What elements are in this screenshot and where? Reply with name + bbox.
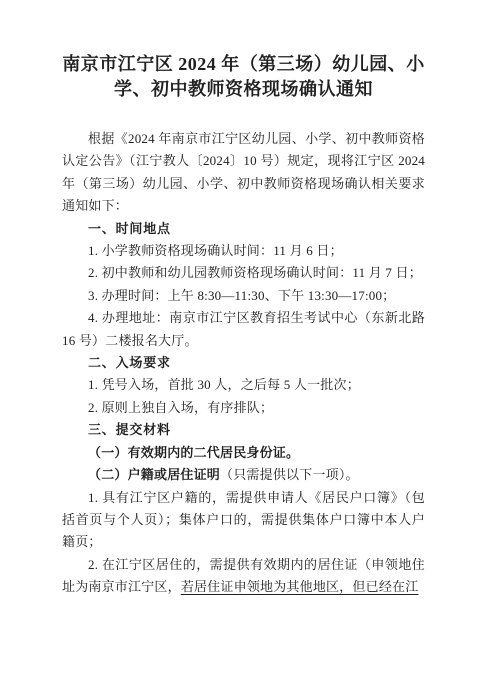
section-heading-materials: 三、提交材料 xyxy=(62,419,425,441)
document-title: 南京市江宁区 2024 年（第三场）幼儿园、小学、初中教师资格现场确认通知 xyxy=(62,52,425,102)
list-item-entry-by-number: 1. 凭号入场，首批 30 人，之后每 5 人一批次； xyxy=(62,374,425,396)
subitem-residence-proof-bold-text: （二）户籍或居住证明 xyxy=(88,467,220,482)
list-item-address: 4. 办理地址：南京市江宁区教育招生考试中心（东新北路 16 号）二楼报名大厅。 xyxy=(62,307,425,352)
list-item-enter-alone: 2. 原则上独自入场，有序排队； xyxy=(62,397,425,419)
residence-permit-underlined-text: 若居住证申领地为其他地区，但已经在江 xyxy=(181,579,419,594)
list-item-residence-permit: 2. 在江宁区居住的，需提供有效期内的居住证（申领地住址为南京市江宁区，若居住证… xyxy=(62,554,425,599)
list-item-household-register: 1. 具有江宁区户籍的，需提供申请人《居民户口簿》（包括首页与个人页）；集体户口… xyxy=(62,487,425,554)
section-heading-time-location: 一、时间地点 xyxy=(62,218,425,240)
subitem-residence-proof-note: （只需提供以下一项）。 xyxy=(220,467,359,482)
list-item-middle-kindergarten-time: 2. 初中教师和幼儿园教师资格现场确认时间：11 月 7 日； xyxy=(62,262,425,284)
intro-paragraph: 根据《2024 年南京市江宁区幼儿园、小学、初中教师资格认定公告》（江宁教人〔2… xyxy=(62,128,425,218)
list-item-primary-school-time: 1. 小学教师资格现场确认时间：11 月 6 日； xyxy=(62,240,425,262)
subitem-residence-proof: （二）户籍或居住证明（只需提供以下一项）。 xyxy=(62,464,425,486)
document-page: 南京市江宁区 2024 年（第三场）幼儿园、小学、初中教师资格现场确认通知 根据… xyxy=(0,0,487,689)
list-item-office-hours: 3. 办理时间：上午 8:30—11:30、下午 13:30—17:00； xyxy=(62,285,425,307)
subitem-id-card: （一）有效期内的二代居民身份证。 xyxy=(62,442,425,464)
section-heading-entry-requirements: 二、入场要求 xyxy=(62,352,425,374)
